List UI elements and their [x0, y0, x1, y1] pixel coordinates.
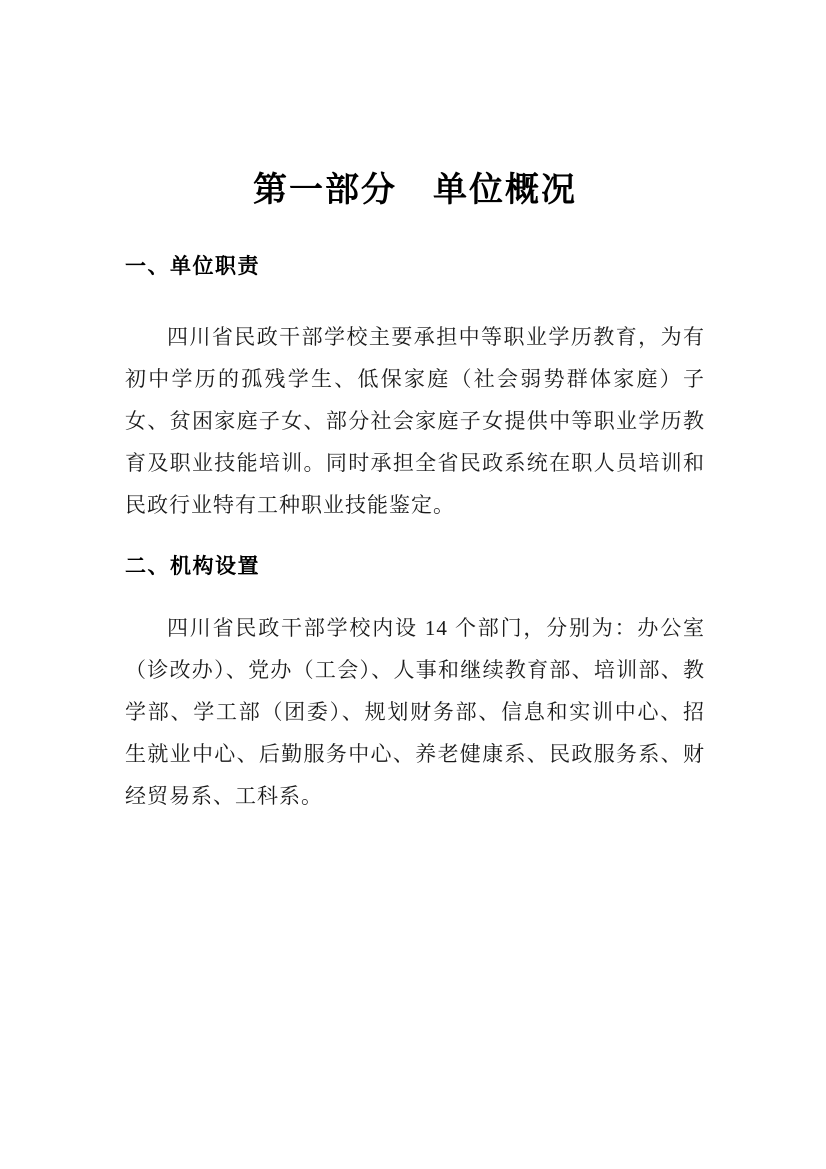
section-2-heading: 二、机构设置 [125, 554, 705, 580]
section-1-paragraph: 四川省民政干部学校主要承担中等职业学历教育，为有初中学历的孤残学生、低保家庭（社… [125, 316, 705, 526]
section-unit-duties: 一、单位职责 四川省民政干部学校主要承担中等职业学历教育，为有初中学历的孤残学生… [125, 254, 705, 526]
document-title: 第一部分 单位概况 [125, 172, 705, 210]
section-2-paragraph: 四川省民政干部学校内设 14 个部门，分别为：办公室（诊改办）、党办（工会）、人… [125, 607, 705, 817]
document-page: 第一部分 单位概况 一、单位职责 四川省民政干部学校主要承担中等职业学历教育，为… [0, 0, 826, 1169]
section-org-structure: 二、机构设置 四川省民政干部学校内设 14 个部门，分别为：办公室（诊改办）、党… [125, 554, 705, 817]
section-1-heading: 一、单位职责 [125, 254, 705, 280]
